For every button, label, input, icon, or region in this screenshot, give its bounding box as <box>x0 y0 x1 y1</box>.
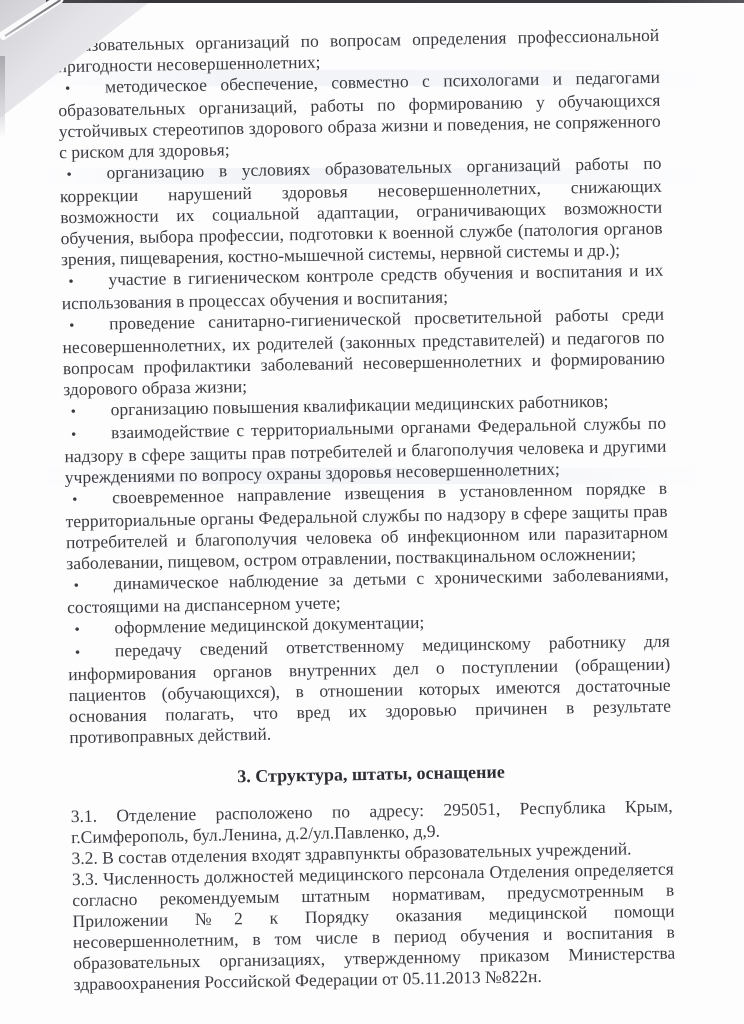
bullet-icon: • <box>62 315 109 337</box>
bullet-text: оформление медицинской документации; <box>114 612 424 637</box>
bullet-item: •своевременное направление извещения в у… <box>65 478 668 574</box>
bullet-item: •передачу сведений ответственному медици… <box>68 631 672 748</box>
bullet-text: передачу сведений ответственному медицин… <box>68 631 671 747</box>
bullet-icon: • <box>64 401 111 423</box>
document-page: образовательных организаций по вопросам … <box>57 25 676 995</box>
bullet-icon: • <box>65 489 112 511</box>
bullet-text: методическое обеспечение, совместно с пс… <box>58 67 661 162</box>
scan-top-edge <box>46 0 744 3</box>
bullet-icon: • <box>67 619 114 641</box>
clause-3-3: 3.3. Численность должностей медицинского… <box>72 859 676 995</box>
bullet-text: взаимодействие с территориальными органа… <box>64 413 666 487</box>
bullet-icon: • <box>59 164 106 186</box>
bullet-item: •проведение санитарно-гигиенической прос… <box>62 304 665 400</box>
bullet-text: организацию в условиях образовательных о… <box>60 153 663 269</box>
bullet-item: •организацию в условиях образовательных … <box>59 153 663 270</box>
bullet-icon: • <box>64 424 111 446</box>
bullet-item: •взаимодействие с территориальными орган… <box>64 413 667 488</box>
section-heading: 3. Структура, штаты, оснащение <box>70 759 672 791</box>
paper-left-edge-shadow <box>0 56 5 138</box>
bullet-text: проведение санитарно-гигиенической просв… <box>62 304 665 399</box>
bullet-icon: • <box>67 575 114 597</box>
bullet-icon: • <box>61 271 108 293</box>
bullet-text: своевременное направление извещения в ус… <box>65 478 668 573</box>
bullet-icon: • <box>68 642 115 664</box>
bullet-item: •методическое обеспечение, совместно с п… <box>58 67 661 163</box>
bullet-icon: • <box>58 78 105 100</box>
